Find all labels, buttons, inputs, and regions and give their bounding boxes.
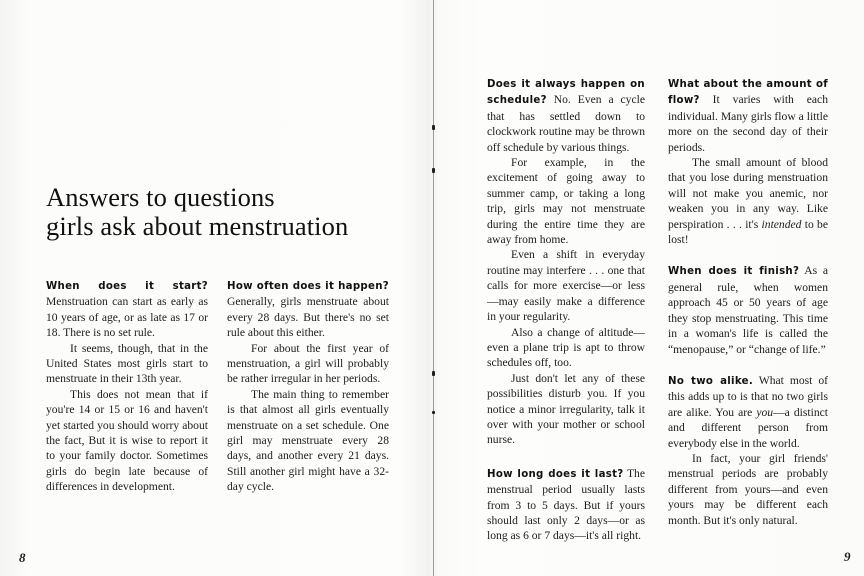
staple-mark (432, 168, 435, 173)
page-title: Answers to questions girls ask about men… (46, 183, 406, 241)
paragraph: When does it start? Menstruation can sta… (46, 278, 208, 341)
paragraph: No two alike. What most of this adds up … (668, 373, 828, 451)
staple-mark (432, 411, 435, 414)
paragraph: It seems, though, that in the United Sta… (46, 341, 208, 387)
question-heading: How long does it last? (487, 469, 624, 480)
column-2: How often does it happen? Generally, gir… (227, 278, 389, 495)
paragraph: Also a change of altitude—even a plane t… (487, 325, 645, 371)
question-heading: How often does it happen? (227, 281, 389, 292)
booklet-spread: Answers to questions girls ask about men… (0, 0, 864, 576)
question-heading: No two alike. (668, 376, 753, 387)
paragraph: How long does it last? The menstrual per… (487, 466, 645, 544)
question-heading: When does it start? (46, 281, 208, 292)
staple-mark (432, 125, 435, 130)
paragraph: For example, in the excitement of going … (487, 155, 645, 247)
paragraph: What about the amount of flow? It varies… (668, 76, 828, 155)
column-4: What about the amount of flow? It varies… (668, 76, 828, 528)
title-line-2: girls ask about menstruation (46, 211, 348, 241)
paragraph: The main thing to remember is that almos… (227, 387, 389, 495)
paragraph: Just don't let any of these possibilitie… (487, 371, 645, 448)
paragraph: When does it finish? As a general rule, … (668, 263, 828, 356)
paragraph: For about the first year of menstruation… (227, 341, 389, 387)
paragraph: Even a shift in everyday routine may int… (487, 247, 645, 324)
page-number-right: 9 (844, 549, 851, 565)
column-3: Does it always happen on schedule? No. E… (487, 76, 645, 544)
paragraph: Does it always happen on schedule? No. E… (487, 76, 645, 155)
paragraph: In fact, your girl friends' menstrual pe… (668, 451, 828, 528)
staple-mark (432, 371, 435, 376)
paragraph: The small amount of blood that you lose … (668, 155, 828, 247)
question-heading: When does it finish? (668, 266, 799, 277)
gutter-fold (433, 0, 434, 576)
column-1: When does it start? Menstruation can sta… (46, 278, 208, 495)
paragraph: This does not mean that if you're 14 or … (46, 387, 208, 495)
page-number-left: 8 (19, 550, 26, 566)
paragraph: How often does it happen? Generally, gir… (227, 278, 389, 341)
title-line-1: Answers to questions (46, 182, 275, 212)
